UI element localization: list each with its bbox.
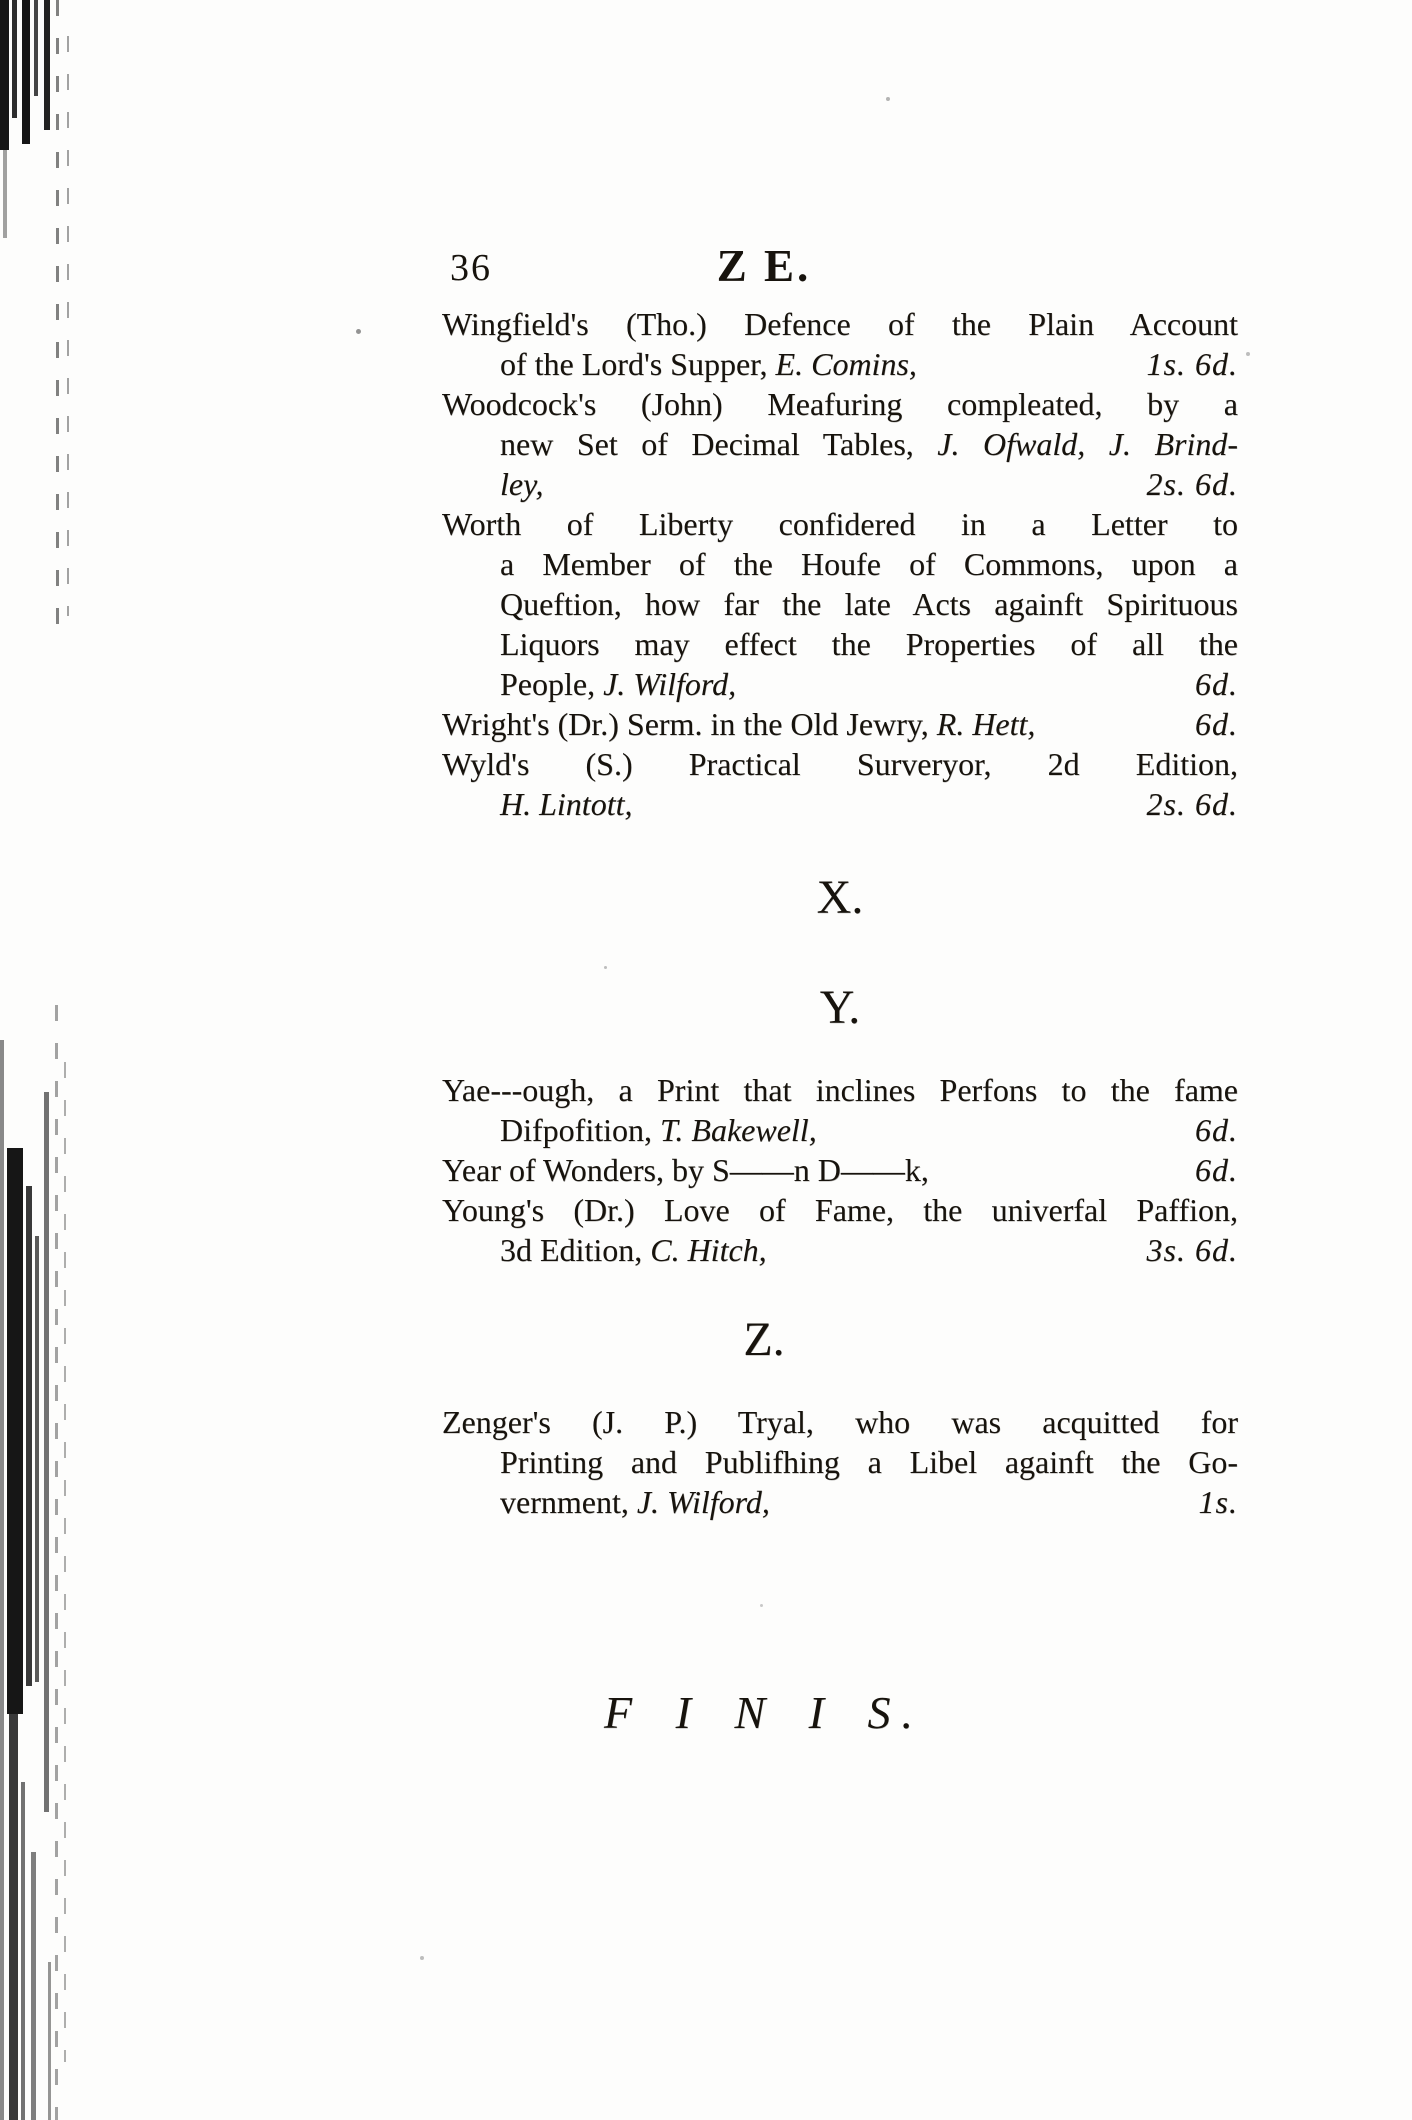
entry-price: 6d.	[1195, 664, 1238, 704]
entry-line: Year of Wonders, by S——n D——k,6d.	[442, 1150, 1238, 1190]
entry-text: Woodcock's (John) Meafuring compleated, …	[442, 386, 1238, 422]
entry-price: 6d.	[1195, 704, 1238, 744]
entry-line: Difpofition, T. Bakewell,6d.	[442, 1110, 1238, 1150]
finis-text: F I N I S.	[366, 1686, 1162, 1739]
entry-text: new Set of Decimal Tables, J. Ofwald, J.…	[500, 426, 1238, 462]
entry-line: Woodcock's (John) Meafuring compleated, …	[442, 384, 1238, 424]
entry-line: of the Lord's Supper, E. Comins,1s. 6d.	[442, 344, 1238, 384]
scan-binding-mark	[44, 1092, 49, 1812]
entry-price: 2s. 6d.	[1147, 464, 1238, 504]
section-entries: Wingfield's (Tho.) Defence of the Plain …	[442, 304, 1238, 824]
scan-binding-mark	[22, 0, 30, 144]
ink-speck	[420, 1956, 424, 1960]
scan-binding-mark	[21, 1782, 25, 2120]
entry-line: Wyld's (S.) Practical Surveryor, 2d Edit…	[442, 744, 1238, 784]
section-y: Y.Yae---ough, a Print that inclines Perf…	[442, 982, 1238, 1270]
section-entries: Zenger's (J. P.) Tryal, who was acquitte…	[442, 1402, 1238, 1522]
scan-binding-mark	[0, 1040, 4, 2120]
entry-price: 2s. 6d.	[1147, 784, 1238, 824]
entry-price: 1s.	[1199, 1482, 1238, 1522]
section-heading-x: X.	[442, 872, 1238, 924]
entry-line: vernment, J. Wilford,1s.	[442, 1482, 1238, 1522]
entry-text: ley,	[500, 464, 544, 504]
entry-text: of the Lord's Supper, E. Comins,	[500, 344, 917, 384]
scan-binding-mark	[9, 1714, 18, 2120]
scan-binding-mark	[31, 1852, 36, 2120]
scan-binding-mark	[26, 1186, 32, 1686]
catalog-entry: Woodcock's (John) Meafuring compleated, …	[442, 384, 1238, 504]
scan-binding-mark	[7, 1148, 23, 1714]
entry-text: H. Lintott,	[500, 784, 632, 824]
catalog-entry: Wingfield's (Tho.) Defence of the Plain …	[442, 304, 1238, 384]
entry-line: ley,2s. 6d.	[442, 464, 1238, 504]
entry-text: Printing and Publifhing a Libel againft …	[500, 1444, 1238, 1480]
section-heading-y: Y.	[442, 982, 1238, 1034]
catalog-entry: Wyld's (S.) Practical Surveryor, 2d Edit…	[442, 744, 1238, 824]
entry-line: Wingfield's (Tho.) Defence of the Plain …	[442, 304, 1238, 344]
page-header-row: 36 Z E.	[442, 240, 1238, 292]
entry-line: Printing and Publifhing a Libel againft …	[442, 1442, 1238, 1482]
entry-price: 1s. 6d.	[1147, 344, 1238, 384]
scan-binding-mark	[44, 0, 50, 130]
entry-text: Queftion, how far the late Acts againft …	[500, 586, 1238, 622]
entry-text: Difpofition, T. Bakewell,	[500, 1110, 817, 1150]
section-heading-z: Z.	[366, 1314, 1162, 1366]
entry-line: People, J. Wilford,6d.	[442, 664, 1238, 704]
entry-text: 3d Edition, C. Hitch,	[500, 1230, 767, 1270]
entry-line: Yae---ough, a Print that inclines Perfon…	[442, 1070, 1238, 1110]
section-x: X.	[442, 872, 1238, 924]
entry-line: H. Lintott,2s. 6d.	[442, 784, 1238, 824]
section-entries: Yae---ough, a Print that inclines Perfon…	[442, 1070, 1238, 1270]
entry-line: a Member of the Houfe of Commons, upon a	[442, 544, 1238, 584]
scan-binding-mark	[56, 0, 59, 640]
entry-line: new Set of Decimal Tables, J. Ofwald, J.…	[442, 424, 1238, 464]
scan-binding-mark	[55, 1005, 58, 2120]
entry-price: 3s. 6d.	[1147, 1230, 1238, 1270]
entry-line: Young's (Dr.) Love of Fame, the univerfa…	[442, 1190, 1238, 1230]
entry-text: People, J. Wilford,	[500, 664, 736, 704]
scan-binding-mark	[67, 36, 69, 616]
scan-binding-mark	[0, 0, 9, 150]
entry-line: Wright's (Dr.) Serm. in the Old Jewry, R…	[442, 704, 1238, 744]
scan-binding-mark	[35, 1236, 39, 1682]
entry-line: Queftion, how far the late Acts againft …	[442, 584, 1238, 624]
catalog-entry: Yae---ough, a Print that inclines Perfon…	[442, 1070, 1238, 1150]
scan-binding-mark	[34, 0, 38, 96]
catalog-entry: Year of Wonders, by S——n D——k,6d.	[442, 1150, 1238, 1190]
entry-line: Zenger's (J. P.) Tryal, who was acquitte…	[442, 1402, 1238, 1442]
entry-text: Yae---ough, a Print that inclines Perfon…	[442, 1072, 1238, 1108]
running-head: Z E.	[366, 240, 1162, 292]
section-z: Z.Zenger's (J. P.) Tryal, who was acquit…	[442, 1314, 1238, 1522]
catalog-entry: Wright's (Dr.) Serm. in the Old Jewry, R…	[442, 704, 1238, 744]
entry-text: Wyld's (S.) Practical Surveryor, 2d Edit…	[442, 746, 1238, 782]
scan-binding-mark	[64, 1062, 66, 2062]
entry-line: Worth of Liberty confidered in a Letter …	[442, 504, 1238, 544]
entry-text: Wright's (Dr.) Serm. in the Old Jewry, R…	[442, 704, 1035, 744]
entry-text: Year of Wonders, by S——n D——k,	[442, 1150, 929, 1190]
entry-price: 6d.	[1195, 1110, 1238, 1150]
scanned-book-page: 36 Z E. Wingfield's (Tho.) Defence of th…	[0, 0, 1412, 2120]
ink-speck	[1246, 352, 1250, 356]
entry-text: Worth of Liberty confidered in a Letter …	[442, 506, 1238, 542]
entry-text: Liquors may effect the Properties of all…	[500, 626, 1238, 662]
scan-binding-mark	[48, 1962, 51, 2120]
entry-text: a Member of the Houfe of Commons, upon a	[500, 546, 1238, 582]
entry-line: Liquors may effect the Properties of all…	[442, 624, 1238, 664]
entry-text: Young's (Dr.) Love of Fame, the univerfa…	[442, 1192, 1238, 1228]
entry-price: 6d.	[1195, 1150, 1238, 1190]
catalog-entry: Worth of Liberty confidered in a Letter …	[442, 504, 1238, 704]
text-block: 36 Z E. Wingfield's (Tho.) Defence of th…	[442, 240, 1238, 1739]
scan-binding-mark	[12, 0, 17, 118]
entry-line: 3d Edition, C. Hitch,3s. 6d.	[442, 1230, 1238, 1270]
section-w: Wingfield's (Tho.) Defence of the Plain …	[442, 304, 1238, 824]
catalog-entry: Young's (Dr.) Love of Fame, the univerfa…	[442, 1190, 1238, 1270]
entry-text: vernment, J. Wilford,	[500, 1482, 770, 1522]
scan-binding-mark	[3, 150, 7, 238]
ink-speck	[356, 329, 361, 334]
catalog: Wingfield's (Tho.) Defence of the Plain …	[442, 304, 1238, 1522]
entry-text: Zenger's (J. P.) Tryal, who was acquitte…	[442, 1404, 1238, 1440]
ink-speck	[886, 97, 890, 101]
entry-text: Wingfield's (Tho.) Defence of the Plain …	[442, 306, 1238, 342]
catalog-entry: Zenger's (J. P.) Tryal, who was acquitte…	[442, 1402, 1238, 1522]
